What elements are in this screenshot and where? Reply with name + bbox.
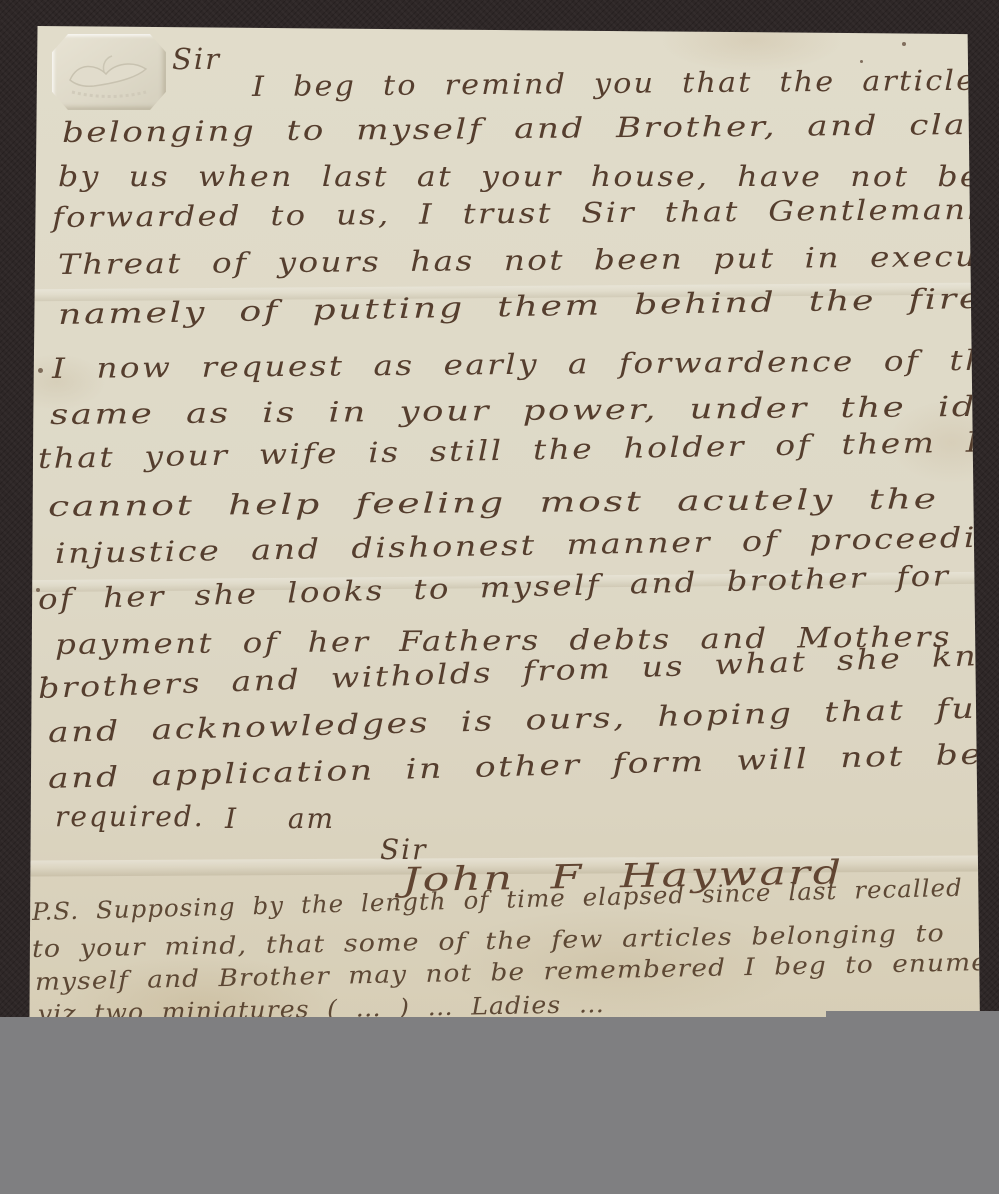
- swan-emblem-icon: [52, 34, 166, 110]
- scanned-letter-page: Sir I beg to remind you that the article…: [0, 0, 999, 1194]
- letter-line: belonging to myself and Brother, and cla…: [62, 107, 999, 149]
- letter-line: namely of putting them behind the fire: [58, 282, 984, 331]
- letter-line: that your wife is still the holder of th…: [38, 425, 995, 475]
- ink-speck: [902, 42, 906, 46]
- letter-line: and application in other form will not b…: [48, 738, 984, 795]
- scan-gray-band: [0, 1017, 999, 1194]
- letter-line: by us when last at your house, have not …: [58, 160, 999, 193]
- letter-line: I am: [225, 802, 335, 835]
- letter-line: Threat of yours has not been put in exec…: [58, 239, 999, 281]
- letter-paper: Sir I beg to remind you that the article…: [28, 20, 980, 1025]
- letter-line: I beg to remind you that the article: [252, 64, 977, 103]
- ink-speck: [38, 368, 43, 373]
- embossed-seal: [52, 34, 166, 110]
- ink-speck: [860, 60, 863, 63]
- salutation: Sir: [172, 42, 221, 76]
- letter-line: cannot help feeling most acutely the: [48, 482, 939, 523]
- letter-line: required.: [55, 800, 205, 833]
- letter-line: forwarded to us, I trust Sir that Gentle…: [52, 192, 999, 234]
- letter-line: I now request as early a forwardence of …: [52, 344, 999, 385]
- letter-line: same as is in your power, under the idea: [50, 389, 999, 431]
